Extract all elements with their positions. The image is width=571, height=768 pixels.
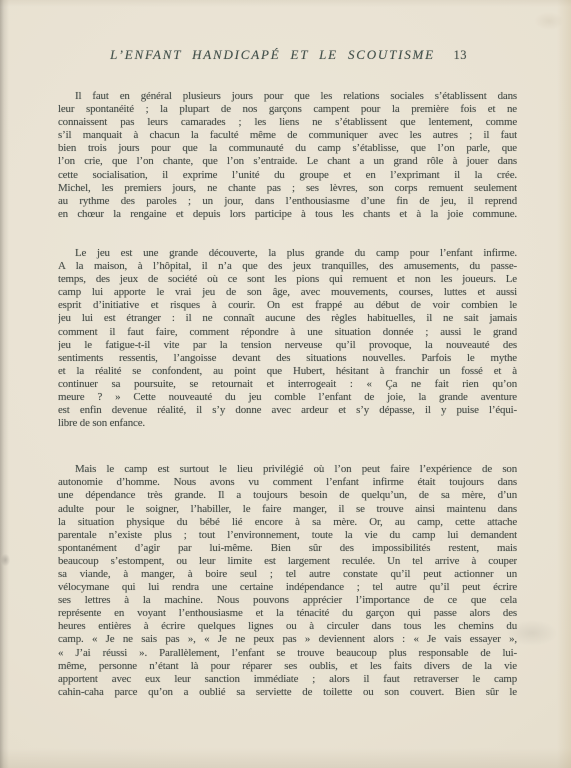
- text-line: connaissent pas leurs camarades ; les li…: [58, 116, 517, 129]
- text-line: sa viande, à manger, à boire seul ; tel …: [58, 568, 517, 581]
- text-line: est enfin devenue réalité, il s’y donne …: [58, 404, 517, 417]
- paragraph: Il faut en général plusieurs jours pour …: [58, 90, 517, 221]
- text-line: meure ? » Cette nouveauté du jeu comble …: [58, 391, 517, 404]
- text-line: au rythme des paroles ; un jour, dans l’…: [58, 195, 517, 208]
- scan-smudge: [534, 12, 564, 30]
- text-line: leur spontanéité ; la plupart de nos gar…: [58, 103, 517, 116]
- text-line: apportent avec eux leur sanction immédia…: [58, 673, 517, 686]
- text-line: s’il manquait à chacun la faculté même d…: [58, 129, 517, 142]
- text-line: sentiments ressentis, l’angoisse devant …: [58, 352, 517, 365]
- text-line: continuer sa poursuite, se retournait et…: [58, 378, 517, 391]
- text-line: la situation physique du bébé lié encore…: [58, 516, 517, 529]
- text-line: Michel, les premiers jours, ne chante pa…: [58, 182, 517, 195]
- text-line: « J’ai réussi ». Parallèlement, l’enfant…: [58, 647, 517, 660]
- text-line: cahin-caha parce qu’on a oublié sa servi…: [58, 686, 517, 699]
- text-line: vélocymane qui lui rendra une certaine i…: [58, 581, 517, 594]
- text-line: bien trois jours pour que la communauté …: [58, 142, 517, 155]
- text-line: représente en voyant l’enthousiasme et l…: [58, 607, 517, 620]
- text-line: l’on crie, que l’on chante, que l’on s’e…: [58, 155, 517, 168]
- paragraph: Mais le camp est surtout le lieu privilé…: [58, 463, 517, 699]
- text-line: en chœur la rengaine et depuis lors part…: [58, 208, 517, 221]
- text-line: beaucoup s’estompent, ou leur limite est…: [58, 555, 517, 568]
- text-line: une dépendance très grande. Il a toujour…: [58, 489, 517, 502]
- running-title: L’ENFANT HANDICAPÉ ET LE SCOUTISME: [58, 47, 517, 63]
- text-line: camp lui apporte le vrai jeu de son âge,…: [58, 286, 517, 299]
- text-line: jeu le fatigue-t-il vite par la tension …: [58, 339, 517, 352]
- text-line: comment il faut faire, comment répondre …: [58, 326, 517, 339]
- text-line: jeu lui est étranger : il ne connaît auc…: [58, 312, 517, 325]
- text-line: camp. « Je ne sais pas », « Je ne peux p…: [58, 633, 517, 646]
- text-line: cette socialisation, il exprime l’unité …: [58, 169, 517, 182]
- text-line: spontanément d’agir par lui-même. Bien s…: [58, 542, 517, 555]
- text-line: même, personne n’étant là pour réparer s…: [58, 660, 517, 673]
- text-line: A la maison, à l’hôpital, il n’a que des…: [58, 260, 517, 273]
- page-header: L’ENFANT HANDICAPÉ ET LE SCOUTISME 13: [58, 47, 517, 65]
- text-line: autonomie d’homme. Nous avons vu comment…: [58, 476, 517, 489]
- page-number: 13: [454, 48, 468, 63]
- text-line: temps, des jeux de société où ce sont le…: [58, 273, 517, 286]
- text-line: Le jeu est une grande découverte, la plu…: [58, 247, 517, 260]
- text-block: Il faut en général plusieurs jours pour …: [58, 90, 517, 699]
- paragraph: Le jeu est une grande découverte, la plu…: [58, 247, 517, 430]
- book-page-scan: L’ENFANT HANDICAPÉ ET LE SCOUTISME 13 Il…: [0, 0, 571, 768]
- text-line: esprit d’initiative et risques à courir.…: [58, 299, 517, 312]
- text-line: adulte pour le soigner, l’habiller, le f…: [58, 503, 517, 516]
- text-line: Il faut en général plusieurs jours pour …: [58, 90, 517, 103]
- text-line: Mais le camp est surtout le lieu privilé…: [58, 463, 517, 476]
- text-line: parentale n’existe plus ; tout l’environ…: [58, 529, 517, 542]
- text-line: ses lettres à la machine. Nous pouvons a…: [58, 594, 517, 607]
- text-line: libre de son enfance.: [58, 417, 517, 430]
- scan-smudge: [1, 554, 10, 566]
- text-line: heures entières à écrire quelques lignes…: [58, 620, 517, 633]
- text-line: et la réalité se confondent, au point qu…: [58, 365, 517, 378]
